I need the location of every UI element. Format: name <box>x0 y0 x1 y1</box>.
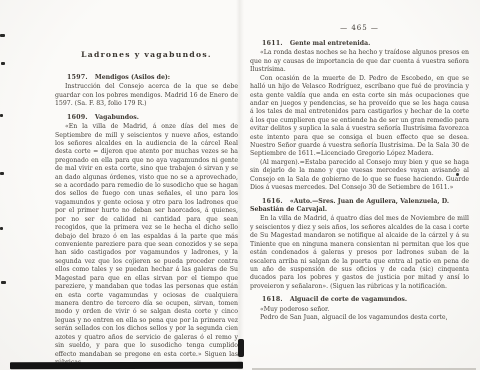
entry-1609-heading: 1609.Vagabundos. <box>55 114 238 122</box>
book-scan: Ladrones y vagabundos. 1597.Mendigos (As… <box>0 0 480 370</box>
entry-number: 1597. <box>67 74 88 81</box>
entry-1597-paragraph: Instrucción del Consejo acerca de la que… <box>55 83 238 108</box>
right-page: — 465 — 1611.Gente mal entretenida. «La … <box>241 0 480 370</box>
entry-number: 1616. <box>262 198 283 205</box>
scan-artifact-bottom-band <box>10 362 243 370</box>
entry-number: 1618. <box>262 296 283 303</box>
entry-number: 1611. <box>262 40 283 47</box>
left-text-block: Ladrones y vagabundos. 1597.Mendigos (As… <box>55 50 238 367</box>
entry-title: Alguacil de corte de vagamundos. <box>290 296 407 303</box>
page-number: — 465 — <box>250 24 469 32</box>
right-text-block: — 465 — 1611.Gente mal entretenida. «La … <box>250 24 469 323</box>
scan-speck <box>1 281 6 284</box>
entry-1616-paragraph: En la villa de Madrid, á quatro días del… <box>250 215 469 291</box>
entry-1611-paragraph-1: «La ronda destas noches se ha hecho y tr… <box>250 49 469 74</box>
scan-speck <box>1 62 5 65</box>
scan-speck <box>0 172 4 175</box>
entry-1616-heading: 1616.«Auto.—Sres. Juan de Aguilera, Vale… <box>250 198 469 215</box>
entry-title: Mendigos (Asilos de): <box>95 74 170 81</box>
entry-number: 1609. <box>67 114 88 121</box>
scan-speck <box>0 34 5 37</box>
entry-title: Vagabundos. <box>95 114 139 121</box>
entry-1618-paragraph-1: «Muy poderoso señor. <box>250 306 469 314</box>
left-page: Ladrones y vagabundos. 1597.Mendigos (As… <box>0 0 238 370</box>
entry-1618-heading: 1618.Alguacil de corte de vagamundos. <box>250 296 469 304</box>
scan-artifact-gutter-blob <box>238 339 244 357</box>
entry-1609-paragraph: «En la villa de Madrid, á onze días del … <box>55 123 238 367</box>
scan-speck <box>456 173 459 176</box>
entry-1611-paragraph-2: Con ocasión de la muerte de D. Pedro de … <box>250 75 469 159</box>
entry-title: Gente mal entretenida. <box>290 40 370 47</box>
entry-1597-heading: 1597.Mendigos (Asilos de): <box>55 74 238 82</box>
entry-1611-heading: 1611.Gente mal entretenida. <box>250 40 469 48</box>
scan-speck <box>0 227 3 230</box>
entry-1611-paragraph-3: (Al margen).=Estaba parecido al Consejo … <box>250 159 469 193</box>
scan-speck <box>0 114 3 117</box>
entry-1618-paragraph-2: Pedro de San Juan, alguacil de los vagam… <box>250 314 469 322</box>
section-heading: Ladrones y vagabundos. <box>55 50 238 59</box>
